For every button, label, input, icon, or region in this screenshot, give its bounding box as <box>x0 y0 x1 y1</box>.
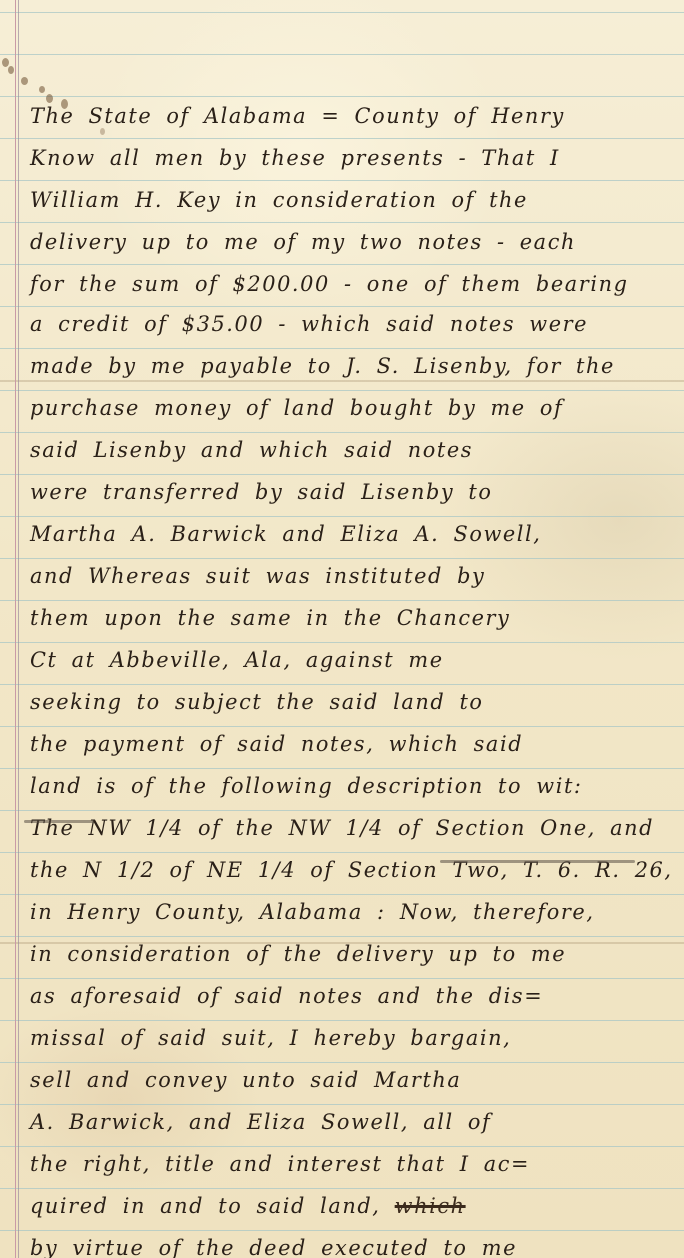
ruled-line <box>0 180 684 181</box>
text-line: a credit of $35.00 - which said notes we… <box>30 310 675 338</box>
text-line: by virtue of the deed executed to me <box>30 1234 675 1258</box>
text-line: delivery up to me of my two notes - each <box>30 228 675 256</box>
ruled-line <box>0 1146 684 1147</box>
text-line: missal of said suit, I hereby bargain, <box>30 1024 675 1052</box>
pencil-underline <box>24 820 94 823</box>
text-line: A. Barwick, and Eliza Sowell, all of <box>30 1108 675 1136</box>
ruled-line <box>0 684 684 685</box>
text-line: Know all men by these presents - That I <box>30 144 675 172</box>
text-line: were transferred by said Lisenby to <box>30 478 675 506</box>
manuscript-page: The State of Alabama = County of Henry K… <box>0 0 684 1258</box>
text-line: Ct at Abbeville, Ala, against me <box>30 646 675 674</box>
pencil-underline <box>440 860 635 863</box>
text-line: The NW 1/4 of the NW 1/4 of Section One,… <box>30 814 675 842</box>
text-line: and Whereas suit was instituted by <box>30 562 675 590</box>
ruled-line <box>0 96 684 97</box>
ruled-line <box>0 1020 684 1021</box>
ruled-line <box>0 768 684 769</box>
ruled-line <box>0 138 684 139</box>
text-line: made by me payable to J. S. Lisenby, for… <box>30 352 675 380</box>
ruled-line <box>0 390 684 391</box>
ruled-line <box>0 936 684 937</box>
text-line: them upon the same in the Chancery <box>30 604 675 632</box>
text-line: sell and convey unto said Martha <box>30 1066 675 1094</box>
margin-line <box>15 0 16 1258</box>
ruled-line <box>0 978 684 979</box>
ruled-line <box>0 1062 684 1063</box>
text-line: the payment of said notes, which said <box>30 730 675 758</box>
text-line: quired in and to said land, which <box>30 1192 675 1220</box>
ruled-line <box>0 726 684 727</box>
ruled-line <box>0 600 684 601</box>
ink-stain <box>2 58 9 67</box>
text-line: seeking to subject the said land to <box>30 688 675 716</box>
paper-fold <box>0 380 684 382</box>
text-line: in consideration of the delivery up to m… <box>30 940 675 968</box>
text-line: said Lisenby and which said notes <box>30 436 675 464</box>
ruled-line <box>0 54 684 55</box>
ruled-line <box>0 810 684 811</box>
text-line: in Henry County, Alabama : Now, therefor… <box>30 898 675 926</box>
ink-stain <box>21 77 28 85</box>
ink-stain <box>39 86 45 93</box>
text-line: purchase money of land bought by me of <box>30 394 675 422</box>
ink-stain <box>8 66 14 74</box>
text-line-part: quired in and to said land, <box>30 1194 381 1218</box>
text-line: land is of the following description to … <box>30 772 675 800</box>
text-line: the right, title and interest that I ac= <box>30 1150 675 1178</box>
text-line: William H. Key in consideration of the <box>30 186 675 214</box>
ruled-line <box>0 516 684 517</box>
text-line: for the sum of $200.00 - one of them bea… <box>30 270 675 298</box>
ruled-line <box>0 264 684 265</box>
ruled-line <box>0 852 684 853</box>
ruled-line <box>0 432 684 433</box>
ruled-line <box>0 348 684 349</box>
text-line: as aforesaid of said notes and the dis= <box>30 982 675 1010</box>
ruled-line <box>0 894 684 895</box>
ruled-line <box>0 642 684 643</box>
struck-word: which <box>395 1194 466 1218</box>
text-line: Martha A. Barwick and Eliza A. Sowell, <box>30 520 675 548</box>
ruled-line <box>0 1230 684 1231</box>
ruled-line <box>0 306 684 307</box>
ruled-line <box>0 474 684 475</box>
ruled-line <box>0 1104 684 1105</box>
ruled-line <box>0 1188 684 1189</box>
ruled-line <box>0 12 684 13</box>
ruled-line <box>0 558 684 559</box>
margin-line <box>18 0 19 1258</box>
text-line: The State of Alabama = County of Henry <box>30 102 675 130</box>
ruled-line <box>0 222 684 223</box>
